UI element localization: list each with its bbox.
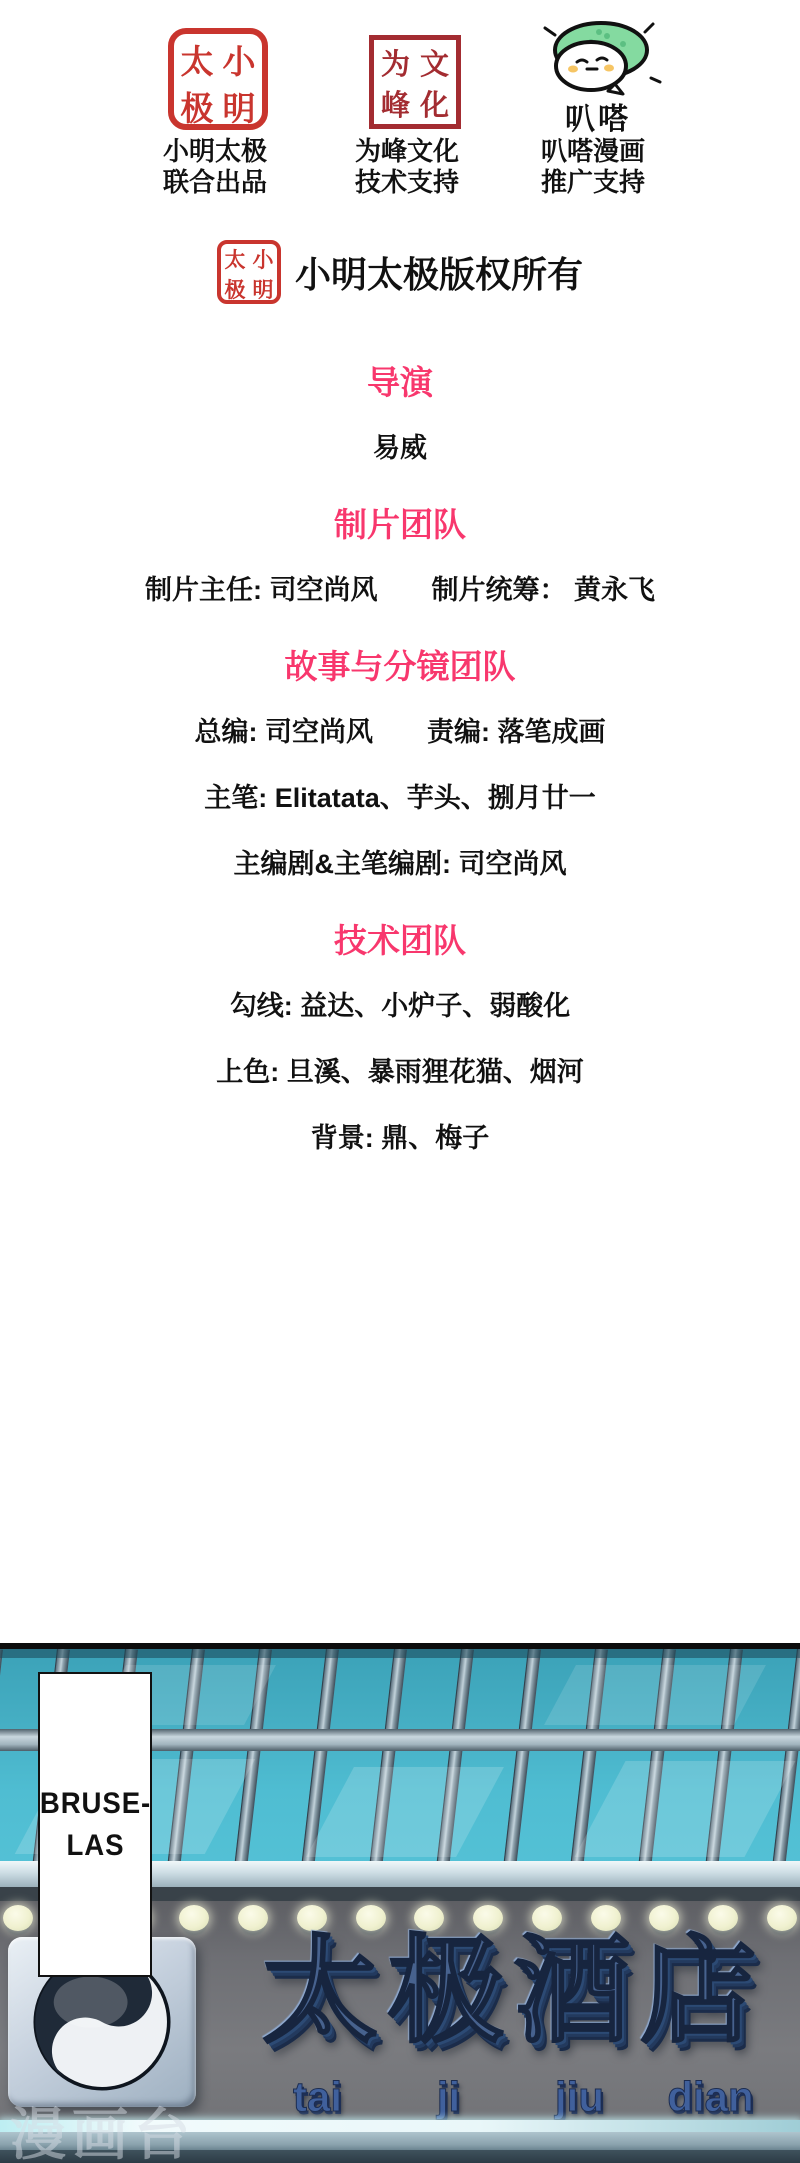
glass-reflection	[544, 1665, 766, 1725]
caption-line: 叭嗒漫画	[493, 136, 693, 167]
bada-mascot-icon	[533, 16, 663, 96]
credit-line: 制片主任: 司空尚风 制片统筹： 黄永飞	[145, 574, 655, 606]
caption-line: 推广支持	[493, 167, 693, 198]
seal-char: 太	[224, 244, 245, 274]
logo-caption-xiaoming: 小明太极 联合出品	[115, 136, 315, 198]
panel-border	[0, 1643, 800, 1649]
caption-text-line: BRUSE-	[39, 1783, 150, 1825]
seal-char: 为	[381, 42, 410, 83]
credit-line: 主笔: Elitatata、芋头、捌月廿一	[204, 782, 596, 814]
mullion	[772, 1648, 800, 1871]
light-bulb	[179, 1905, 209, 1931]
pinyin-syllable: ji	[383, 2073, 514, 2121]
seal-char: 化	[420, 83, 449, 124]
seal-char: 明	[223, 83, 256, 130]
light-bulb	[767, 1905, 797, 1931]
caption-line: 小明太极	[115, 136, 315, 167]
weifeng-culture-seal-icon: 为 文 峰 化	[369, 35, 461, 129]
comic-panel: 太极酒店 tai ji jiu dian BRUSE- LAS 漫画台	[0, 1643, 800, 2163]
credit-heading-tech-team: 技术团队	[334, 924, 466, 958]
page: 太 小 极 明 小明太极 联合出品 为 文 峰 化 为峰文化 技术支持 叭嗒	[0, 0, 800, 2163]
manhuatai-watermark: 漫画台	[10, 2091, 370, 2163]
seal-char: 峰	[381, 83, 410, 124]
credit-heading-production-team: 制片团队	[334, 508, 466, 542]
seal-char: 极	[224, 274, 245, 304]
location-caption-box: BRUSE- LAS	[38, 1672, 152, 1977]
copyright-row: 太 小 极 明 小明太极版权所有	[0, 240, 800, 304]
credit-line: 总编: 司空尚风 责编: 落笔成画	[195, 716, 606, 748]
logo-caption-weifeng: 为峰文化 技术支持	[307, 136, 507, 198]
pinyin-syllable: dian	[645, 2073, 776, 2121]
copyright-text: 小明太极版权所有	[295, 247, 583, 298]
mullion	[503, 1648, 541, 1871]
caption-text-line: LAS	[66, 1825, 124, 1867]
seal-char: 文	[420, 42, 449, 83]
pinyin-syllable: jiu	[514, 2073, 645, 2121]
logo-caption-bada: 叭嗒漫画 推广支持	[493, 136, 693, 198]
hotel-name-sign: 太极酒店	[252, 1931, 776, 2051]
credit-line: 背景: 鼎、梅子	[311, 1122, 490, 1154]
credit-line: 主编剧&主笔编剧: 司空尚风	[234, 848, 567, 880]
credit-heading-story-team: 故事与分镜团队	[285, 650, 516, 684]
seal-char: 极	[181, 83, 214, 130]
seal-char: 小	[252, 244, 273, 274]
light-bulb	[3, 1905, 33, 1931]
xiaoming-taiji-seal-small-icon: 太 小 极 明	[217, 240, 281, 304]
caption-line: 技术支持	[307, 167, 507, 198]
seal-char: 明	[252, 274, 273, 304]
seal-char: 太	[181, 36, 214, 83]
mullion	[0, 1648, 3, 1871]
seal-char: 小	[223, 36, 256, 83]
bada-wordmark: 叭嗒	[533, 94, 663, 138]
credit-line: 上色: 旦溪、暴雨狸花猫、烟河	[216, 1056, 584, 1088]
facade-top-strip	[0, 1649, 800, 1658]
caption-line: 联合出品	[115, 167, 315, 198]
credit-line: 易威	[373, 432, 427, 464]
credit-heading-director: 导演	[367, 366, 433, 400]
xiaoming-taiji-seal-icon: 太 小 极 明	[168, 28, 268, 130]
credits-list: 导演 易威 制片团队 制片主任: 司空尚风 制片统筹： 黄永飞 故事与分镜团队 …	[0, 366, 800, 1188]
caption-line: 为峰文化	[307, 136, 507, 167]
credit-line: 勾线: 益达、小炉子、弱酸化	[230, 990, 571, 1022]
